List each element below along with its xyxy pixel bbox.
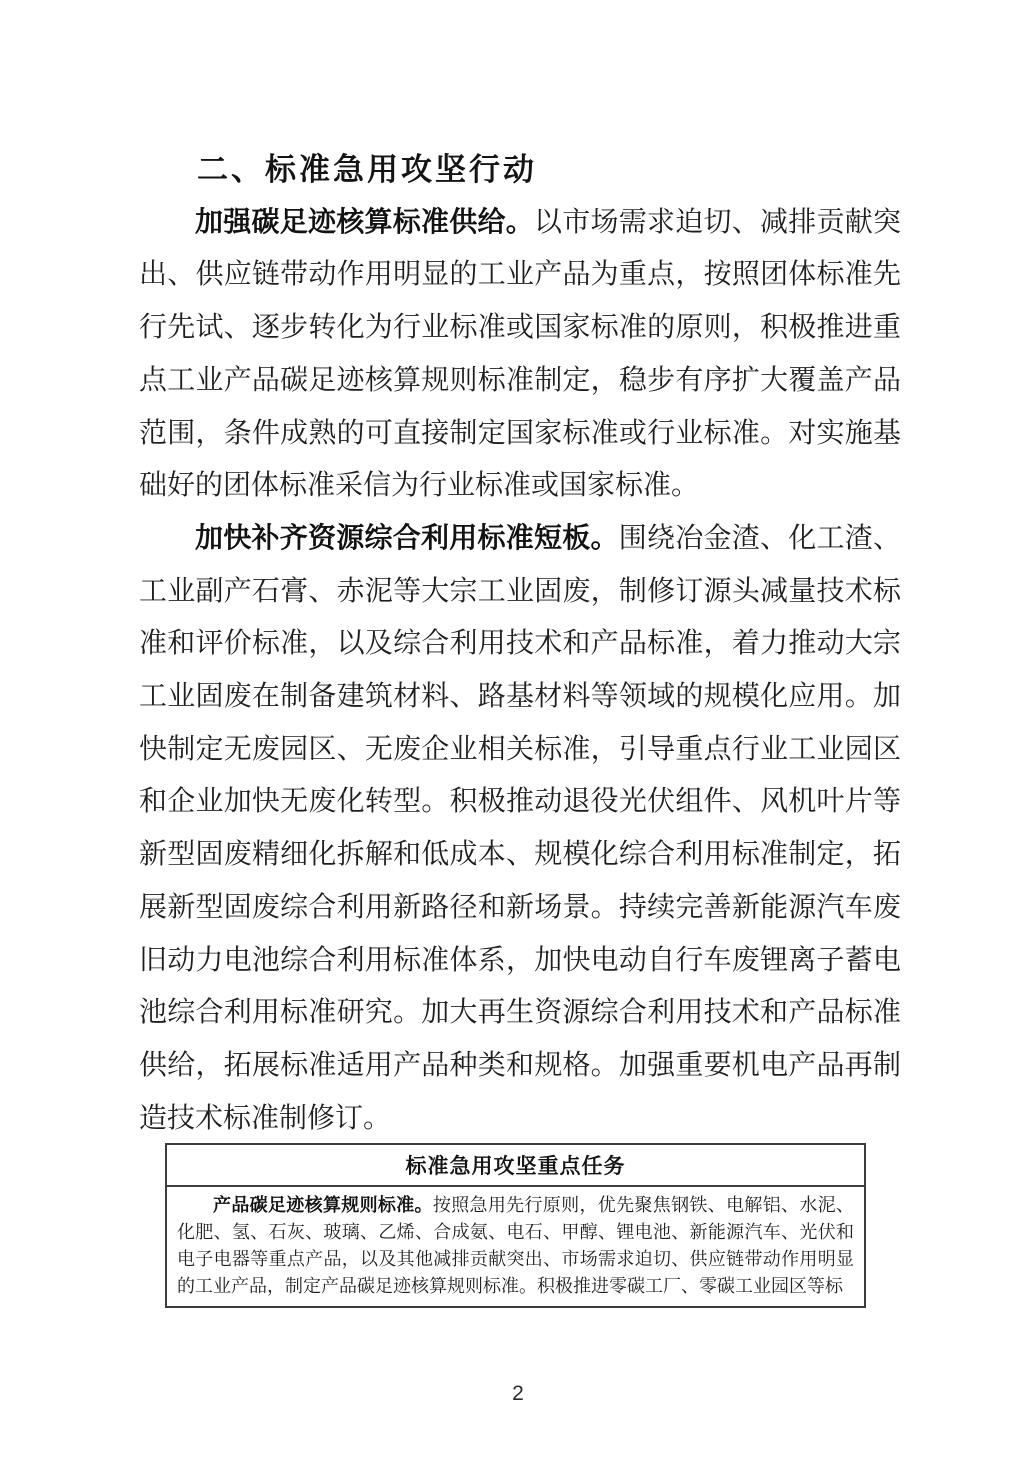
document-page: 二、标准急用攻坚行动 加强碳足迹核算标准供给。以市场需求迫切、减排贡献突出、供应…	[0, 0, 1036, 1460]
document-body: 二、标准急用攻坚行动 加强碳足迹核算标准供给。以市场需求迫切、减排贡献突出、供应…	[139, 144, 901, 1145]
paragraph-body-text: 以市场需求迫切、减排贡献突出、供应链带动作用明显的工业产品为重点，按照团体标准先…	[139, 207, 901, 502]
table-title: 标准急用攻坚重点任务	[406, 1150, 626, 1180]
page-number: 2	[0, 1382, 1036, 1406]
table-entry: 产品碳足迹核算规则标准。按照急用先行原则，优先聚焦钢铁、电解铝、水泥、化肥、氢、…	[177, 1192, 854, 1300]
paragraph-carbon-footprint-standards: 加强碳足迹核算标准供给。以市场需求迫切、减排贡献突出、供应链带动作用明显的工业产…	[139, 197, 901, 513]
table-body-cell: 产品碳足迹核算规则标准。按照急用先行原则，优先聚焦钢铁、电解铝、水泥、化肥、氢、…	[167, 1187, 864, 1306]
paragraph-body-text: 围绕冶金渣、化工渣、工业副产石膏、赤泥等大宗工业固废，制修订源头减量技术标准和评…	[139, 523, 901, 1134]
table-header-row: 标准急用攻坚重点任务	[167, 1145, 864, 1187]
paragraph-lead-bold: 加快补齐资源综合利用标准短板。	[195, 523, 619, 554]
section-heading: 二、标准急用攻坚行动	[139, 144, 901, 197]
table-entry-lead-bold: 产品碳足迹核算规则标准。	[213, 1195, 433, 1215]
key-tasks-table: 标准急用攻坚重点任务 产品碳足迹核算规则标准。按照急用先行原则，优先聚焦钢铁、电…	[165, 1143, 866, 1308]
paragraph-lead-bold: 加强碳足迹核算标准供给。	[195, 207, 534, 238]
paragraph-resource-utilization-standards: 加快补齐资源综合利用标准短板。围绕冶金渣、化工渣、工业副产石膏、赤泥等大宗工业固…	[139, 513, 901, 1145]
